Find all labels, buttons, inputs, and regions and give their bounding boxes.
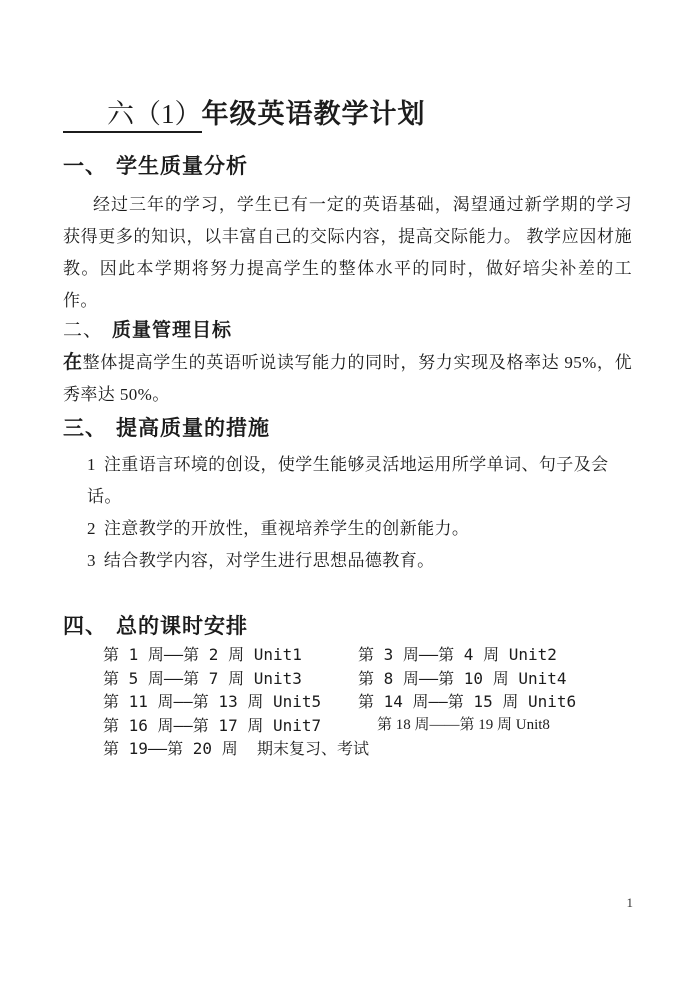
schedule-row: 第 16 周——第 17 周 Unit7 第 18 周——第 19 周 Unit…	[63, 714, 632, 738]
list-item-text: 注意教学的开放性，重视培养学生的创新能力。	[104, 519, 469, 538]
measures-list: 1注重语言环境的创设，使学生能够灵活地运用所学单词、句子及会话。 2注意教学的开…	[63, 449, 632, 577]
paragraph-student-analysis: 经过三年的学习，学生已有一定的英语基础，渴望通过新学期的学习获得更多的知识，以丰…	[63, 189, 632, 317]
paragraph-body-text: 整体提高学生的英语听说读写能力的同时，努力实现及格率达 95%，优秀率达 50%…	[63, 353, 632, 404]
list-item-number: 1	[87, 455, 96, 474]
list-item-number: 3	[87, 551, 96, 570]
list-item-text: 注重语言环境的创设，使学生能够灵活地运用所学单词、句子及会话。	[87, 455, 609, 506]
list-item: 2注意教学的开放性，重视培养学生的创新能力。	[63, 513, 632, 545]
section-number: 四、	[63, 614, 107, 638]
document-page: 六（1）年级英语教学计划 一、学生质量分析 经过三年的学习，学生已有一定的英语基…	[0, 0, 695, 982]
schedule-cell: 第 5 周——第 7 周 Unit3	[63, 667, 358, 691]
section-heading-3: 三、提高质量的措施	[63, 413, 632, 443]
schedule-row: 第 19——第 20 周 期末复习、考试	[63, 737, 632, 761]
schedule-cell: 第 14 周——第 15 周 Unit6	[358, 690, 632, 714]
section-heading-text: 质量管理目标	[112, 320, 232, 341]
list-item-number: 2	[87, 519, 96, 538]
section-number: 一、	[63, 154, 107, 178]
schedule-row: 第 1 周——第 2 周 Unit1 第 3 周——第 4 周 Unit2	[63, 643, 632, 667]
list-item: 1注重语言环境的创设，使学生能够灵活地运用所学单词、句子及会话。	[63, 449, 632, 513]
paragraph-quality-target: 在整体提高学生的英语听说读写能力的同时，努力实现及格率达 95%，优秀率达 50…	[63, 347, 632, 411]
section-heading-text: 学生质量分析	[116, 154, 248, 178]
title-main-text: 年级英语教学计划	[202, 99, 426, 129]
schedule-cell: 第 18 周——第 19 周 Unit8	[358, 714, 632, 738]
schedule-cell: 第 1 周——第 2 周 Unit1	[63, 643, 358, 667]
list-item: 3结合教学内容，对学生进行思想品德教育。	[63, 545, 632, 577]
list-item-text: 结合教学内容，对学生进行思想品德教育。	[104, 551, 435, 570]
paragraph-lead-char: 在	[63, 352, 83, 373]
page-number: 1	[627, 895, 634, 911]
section-number: 三、	[63, 416, 107, 440]
section-heading-1: 一、学生质量分析	[63, 151, 632, 181]
section-heading-4: 四、总的课时安排	[63, 611, 632, 641]
schedule-cell: 第 3 周——第 4 周 Unit2	[358, 643, 632, 667]
schedule-row: 第 11 周——第 13 周 Unit5 第 14 周——第 15 周 Unit…	[63, 690, 632, 714]
schedule-row: 第 5 周——第 7 周 Unit3 第 8 周——第 10 周 Unit4	[63, 667, 632, 691]
title-underlined-text: 六（1）	[63, 97, 202, 133]
schedule-cell: 第 8 周——第 10 周 Unit4	[358, 667, 632, 691]
section-heading-2: 二、质量管理目标	[63, 317, 632, 345]
schedule-cell: 第 16 周——第 17 周 Unit7	[63, 714, 358, 738]
section-number: 二、	[63, 320, 103, 341]
schedule-table: 第 1 周——第 2 周 Unit1 第 3 周——第 4 周 Unit2 第 …	[63, 643, 632, 761]
schedule-cell: 第 11 周——第 13 周 Unit5	[63, 690, 358, 714]
schedule-cell: 第 19——第 20 周 期末复习、考试	[63, 737, 358, 761]
schedule-cell	[358, 737, 632, 761]
section-heading-text: 提高质量的措施	[116, 416, 270, 440]
document-title: 六（1）年级英语教学计划	[63, 97, 632, 133]
section-heading-text: 总的课时安排	[116, 614, 248, 638]
